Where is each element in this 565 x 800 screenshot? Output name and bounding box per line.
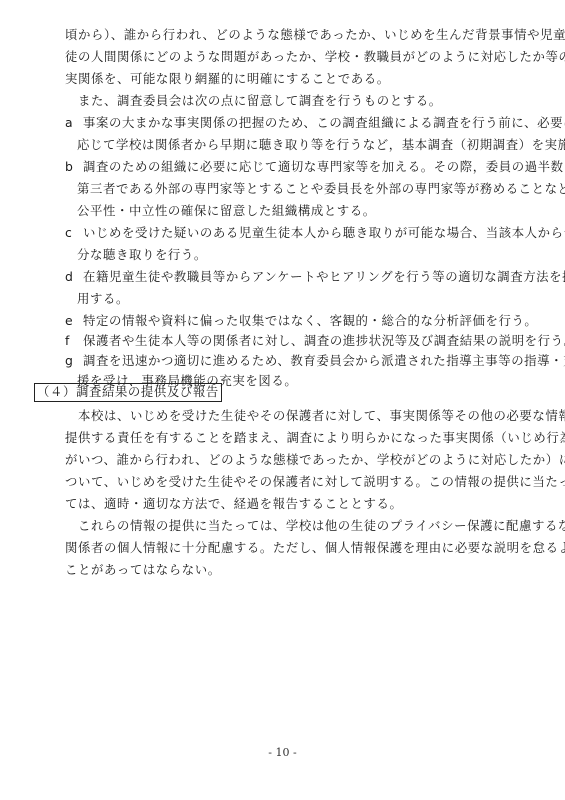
paragraph-line: がいつ、誰から行われ、どのような態様であったか、学校がどのように対応したか）に bbox=[65, 452, 565, 468]
item-text: 在籍児童生徒や教職員等からアンケートやヒアリングを行う等の適切な調査方法を採 bbox=[83, 269, 565, 284]
item-text: 事案の大まかな事実関係の把握のため、この調査組織による調査を行う前に、必要に bbox=[83, 115, 565, 130]
item-text: いじめを受けた疑いのある児童生徒本人から聴き取りが可能な場合、当該本人から十 bbox=[83, 225, 565, 240]
item-continuation: 用する。 bbox=[77, 291, 129, 307]
item-continuation: 分な聴き取りを行う。 bbox=[77, 247, 207, 263]
intro-line: 頃から）、誰から行われ、どのような態様であったか、いじめを生んだ背景事情や児童生 bbox=[65, 27, 565, 43]
list-item-b: b調査のための組織に必要に応じて適切な専門家等を加える。その際，委員の過半数を bbox=[65, 159, 565, 175]
paragraph-line: 関係者の個人情報に十分配慮する。ただし、個人情報保護を理由に必要な説明を怠るよう… bbox=[65, 540, 565, 556]
item-marker: e bbox=[65, 313, 83, 329]
item-text: 保護者や生徒本人等の関係者に対し、調査の進捗状況等及び調査結果の説明を行う。 bbox=[83, 333, 565, 348]
list-item-d: d在籍児童生徒や教職員等からアンケートやヒアリングを行う等の適切な調査方法を採 bbox=[65, 269, 565, 285]
item-text: 特定の情報や資料に偏った収集ではなく、客観的・総合的な分析評価を行う。 bbox=[83, 313, 537, 328]
section-heading: （４）調査結果の提供及び報告 bbox=[34, 383, 222, 402]
page-number: - 10 - bbox=[0, 746, 565, 759]
paragraph-line: 本校は、いじめを受けた生徒やその保護者に対して、事実関係等その他の必要な情報を bbox=[65, 408, 565, 424]
paragraph-line: これらの情報の提供に当たっては、学校は他の生徒のプライバシー保護に配慮するなど, bbox=[65, 518, 565, 534]
paragraph-line: ついて、いじめを受けた生徒やその保護者に対して説明する。この情報の提供に当たっ bbox=[65, 474, 565, 490]
intro-line: 徒の人間関係にどのような問題があったか、学校・教職員がどのように対応したか等の事 bbox=[65, 49, 565, 65]
document-page: 頃から）、誰から行われ、どのような態様であったか、いじめを生んだ背景事情や児童生… bbox=[0, 0, 565, 800]
paragraph-line: 提供する責任を有することを踏まえ、調査により明らかになった事実関係（いじめ行為 bbox=[65, 430, 565, 446]
item-text: 調査のための組織に必要に応じて適切な専門家等を加える。その際，委員の過半数を bbox=[83, 159, 565, 174]
item-marker: b bbox=[65, 159, 83, 175]
list-item-e: e特定の情報や資料に偏った収集ではなく、客観的・総合的な分析評価を行う。 bbox=[65, 313, 537, 329]
item-marker: f bbox=[65, 333, 83, 349]
item-marker: a bbox=[65, 115, 83, 131]
list-item-c: cいじめを受けた疑いのある児童生徒本人から聴き取りが可能な場合、当該本人から十 bbox=[65, 225, 565, 241]
item-continuation: 公平性・中立性の確保に留意した組織構成とする。 bbox=[77, 203, 376, 219]
list-item-g: g調査を迅速かつ適切に進めるため、教育委員会から派遣された指導主事等の指導・支 bbox=[65, 353, 565, 369]
intro-line: また、調査委員会は次の点に留意して調査を行うものとする。 bbox=[65, 93, 442, 109]
item-marker: c bbox=[65, 225, 83, 241]
paragraph-line: ては、適時・適切な方法で、経過を報告することとする。 bbox=[65, 496, 403, 512]
item-continuation: 第三者である外部の専門家等とすることや委員長を外部の専門家等が務めることなど、 bbox=[77, 181, 565, 197]
item-marker: d bbox=[65, 269, 83, 285]
list-item-a: a事案の大まかな事実関係の把握のため、この調査組織による調査を行う前に、必要に bbox=[65, 115, 565, 131]
item-text: 調査を迅速かつ適切に進めるため、教育委員会から派遣された指導主事等の指導・支 bbox=[83, 353, 565, 368]
paragraph-line: ことがあってはならない。 bbox=[65, 562, 221, 578]
list-item-f: f保護者や生徒本人等の関係者に対し、調査の進捗状況等及び調査結果の説明を行う。 bbox=[65, 333, 565, 349]
intro-line: 実関係を、可能な限り網羅的に明確にすることである。 bbox=[65, 71, 390, 87]
item-continuation: 応じて学校は関係者から早期に聴き取り等を行うなど，基本調査（初期調査）を実施。 bbox=[77, 137, 565, 153]
item-marker: g bbox=[65, 353, 83, 369]
